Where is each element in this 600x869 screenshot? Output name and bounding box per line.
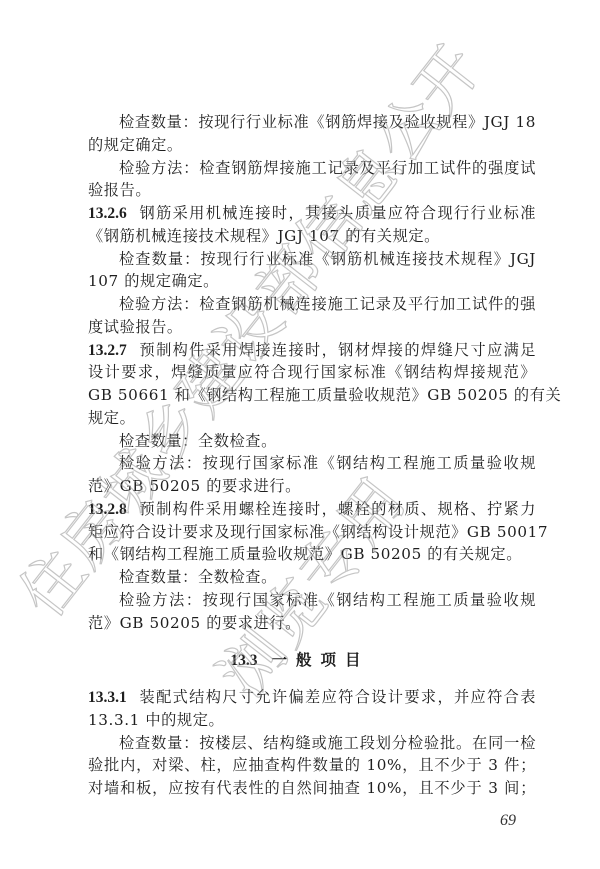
line-text: 验批内，对梁、柱，应抽查构件数量的 10%，且不少于 3 件； — [88, 756, 536, 774]
clause-number: 13.2.6 — [88, 205, 127, 222]
line-text: 规定。 — [88, 409, 135, 427]
text-line: 验批内，对梁、柱，应抽查构件数量的 10%，且不少于 3 件； — [88, 754, 536, 777]
clause-line: 13.2.8预制构件采用螺栓连接时，螺栓的材质、规格、拧紧力 — [88, 498, 536, 521]
text-line: 检查数量：全数检查。 — [88, 430, 536, 453]
line-text: 107 的规定确定。 — [88, 272, 219, 290]
clause-line: 13.2.6钢筋采用机械连接时，其接头质量应符合现行行业标准 — [88, 202, 536, 225]
line-text: 钢筋采用机械连接时，其接头质量应符合现行行业标准 — [139, 204, 536, 222]
line-text: 检查数量：按现行行业标准《钢筋焊接及验收规程》JGJ 18 — [119, 113, 536, 131]
line-text: GB 50661 和《钢结构工程施工质量验收规范》GB 50205 的有关 — [88, 386, 561, 404]
text-line: 检验方法：按现行国家标准《钢结构工程施工质量验收规 — [88, 589, 536, 612]
text-line: 矩应符合设计要求及现行国家标准《钢结构设计规范》GB 50017 — [88, 521, 536, 544]
line-text: 预制构件采用焊接连接时，钢材焊接的焊缝尺寸应满足 — [139, 341, 536, 359]
text-line: 检查数量：按现行行业标准《钢筋机械连接技术规程》JGJ — [88, 248, 536, 271]
text-line: 检验方法：检查钢筋焊接施工记录及平行加工试件的强度试 — [88, 157, 536, 180]
line-text: 检验方法：按现行国家标准《钢结构工程施工质量验收规 — [119, 454, 536, 472]
line-text: 检查数量：按现行行业标准《钢筋机械连接技术规程》JGJ — [119, 250, 536, 268]
clause-number: 13.2.8 — [88, 501, 127, 518]
text-line: 《钢筋机械连接技术规程》JGJ 107 的有关规定。 — [88, 225, 536, 248]
text-line: 规定。 — [88, 407, 536, 430]
body-text-block-2: 13.3.1装配式结构尺寸允许偏差应符合设计要求，并应符合表13.3.1 中的规… — [88, 686, 536, 800]
text-line: 的规定确定。 — [88, 134, 536, 157]
clause-number: 13.3.1 — [88, 689, 127, 706]
text-line: 范》GB 50205 的要求进行。 — [88, 612, 536, 635]
line-text: 验报告。 — [88, 181, 151, 199]
text-line: 检验方法：检查钢筋机械连接施工记录及平行加工试件的强 — [88, 293, 536, 316]
text-line: 度试验报告。 — [88, 316, 536, 339]
line-text: 检验方法：按现行国家标准《钢结构工程施工质量验收规 — [119, 591, 536, 609]
line-text: 的规定确定。 — [88, 136, 183, 154]
clause-number: 13.2.7 — [88, 342, 127, 359]
section-title: 一般项目 — [272, 650, 370, 669]
line-text: 检查数量：全数检查。 — [119, 568, 277, 586]
section-heading: 13.3一般项目 — [0, 648, 600, 673]
line-text: 范》GB 50205 的要求进行。 — [88, 614, 301, 632]
line-text: 和《钢结构工程施工质量验收规范》GB 50205 的有关规定。 — [88, 545, 522, 563]
text-line: 验报告。 — [88, 179, 536, 202]
document-page: 检查数量：按现行行业标准《钢筋焊接及验收规程》JGJ 18的规定确定。检验方法：… — [0, 0, 600, 869]
line-text: 对墙和板，应按有代表性的自然间抽查 10%，且不少于 3 间； — [88, 779, 536, 797]
clause-line: 13.2.7预制构件采用焊接连接时，钢材焊接的焊缝尺寸应满足 — [88, 339, 536, 362]
page-number: 69 — [500, 812, 516, 830]
body-text-block-1: 检查数量：按现行行业标准《钢筋焊接及验收规程》JGJ 18的规定确定。检验方法：… — [88, 111, 536, 634]
text-line: 13.3.1 中的规定。 — [88, 709, 536, 732]
line-text: 检验方法：检查钢筋机械连接施工记录及平行加工试件的强 — [119, 295, 536, 313]
line-text: 《钢筋机械连接技术规程》JGJ 107 的有关规定。 — [88, 227, 440, 245]
clause-line: 13.3.1装配式结构尺寸允许偏差应符合设计要求，并应符合表 — [88, 686, 536, 709]
line-text: 13.3.1 中的规定。 — [88, 711, 224, 729]
line-text: 范》GB 50205 的要求进行。 — [88, 477, 301, 495]
text-line: 和《钢结构工程施工质量验收规范》GB 50205 的有关规定。 — [88, 543, 536, 566]
line-text: 设计要求，焊缝质量应符合现行国家标准《钢结构焊接规范》 — [88, 363, 536, 381]
text-line: 检查数量：按楼层、结构缝或施工段划分检验批。在同一检 — [88, 732, 536, 755]
section-number: 13.3 — [230, 652, 257, 669]
line-text: 检验方法：检查钢筋焊接施工记录及平行加工试件的强度试 — [119, 159, 536, 177]
line-text: 装配式结构尺寸允许偏差应符合设计要求，并应符合表 — [139, 688, 536, 706]
text-line: GB 50661 和《钢结构工程施工质量验收规范》GB 50205 的有关 — [88, 384, 536, 407]
text-line: 设计要求，焊缝质量应符合现行国家标准《钢结构焊接规范》 — [88, 361, 536, 384]
line-text: 检查数量：按楼层、结构缝或施工段划分检验批。在同一检 — [119, 734, 536, 752]
text-line: 107 的规定确定。 — [88, 270, 536, 293]
text-line: 检验方法：按现行国家标准《钢结构工程施工质量验收规 — [88, 452, 536, 475]
text-line: 检查数量：按现行行业标准《钢筋焊接及验收规程》JGJ 18 — [88, 111, 536, 134]
line-text: 度试验报告。 — [88, 318, 183, 336]
text-line: 范》GB 50205 的要求进行。 — [88, 475, 536, 498]
line-text: 矩应符合设计要求及现行国家标准《钢结构设计规范》GB 50017 — [88, 523, 548, 541]
line-text: 预制构件采用螺栓连接时，螺栓的材质、规格、拧紧力 — [139, 500, 536, 518]
text-line: 检查数量：全数检查。 — [88, 566, 536, 589]
text-line: 对墙和板，应按有代表性的自然间抽查 10%，且不少于 3 间； — [88, 777, 536, 800]
line-text: 检查数量：全数检查。 — [119, 432, 277, 450]
